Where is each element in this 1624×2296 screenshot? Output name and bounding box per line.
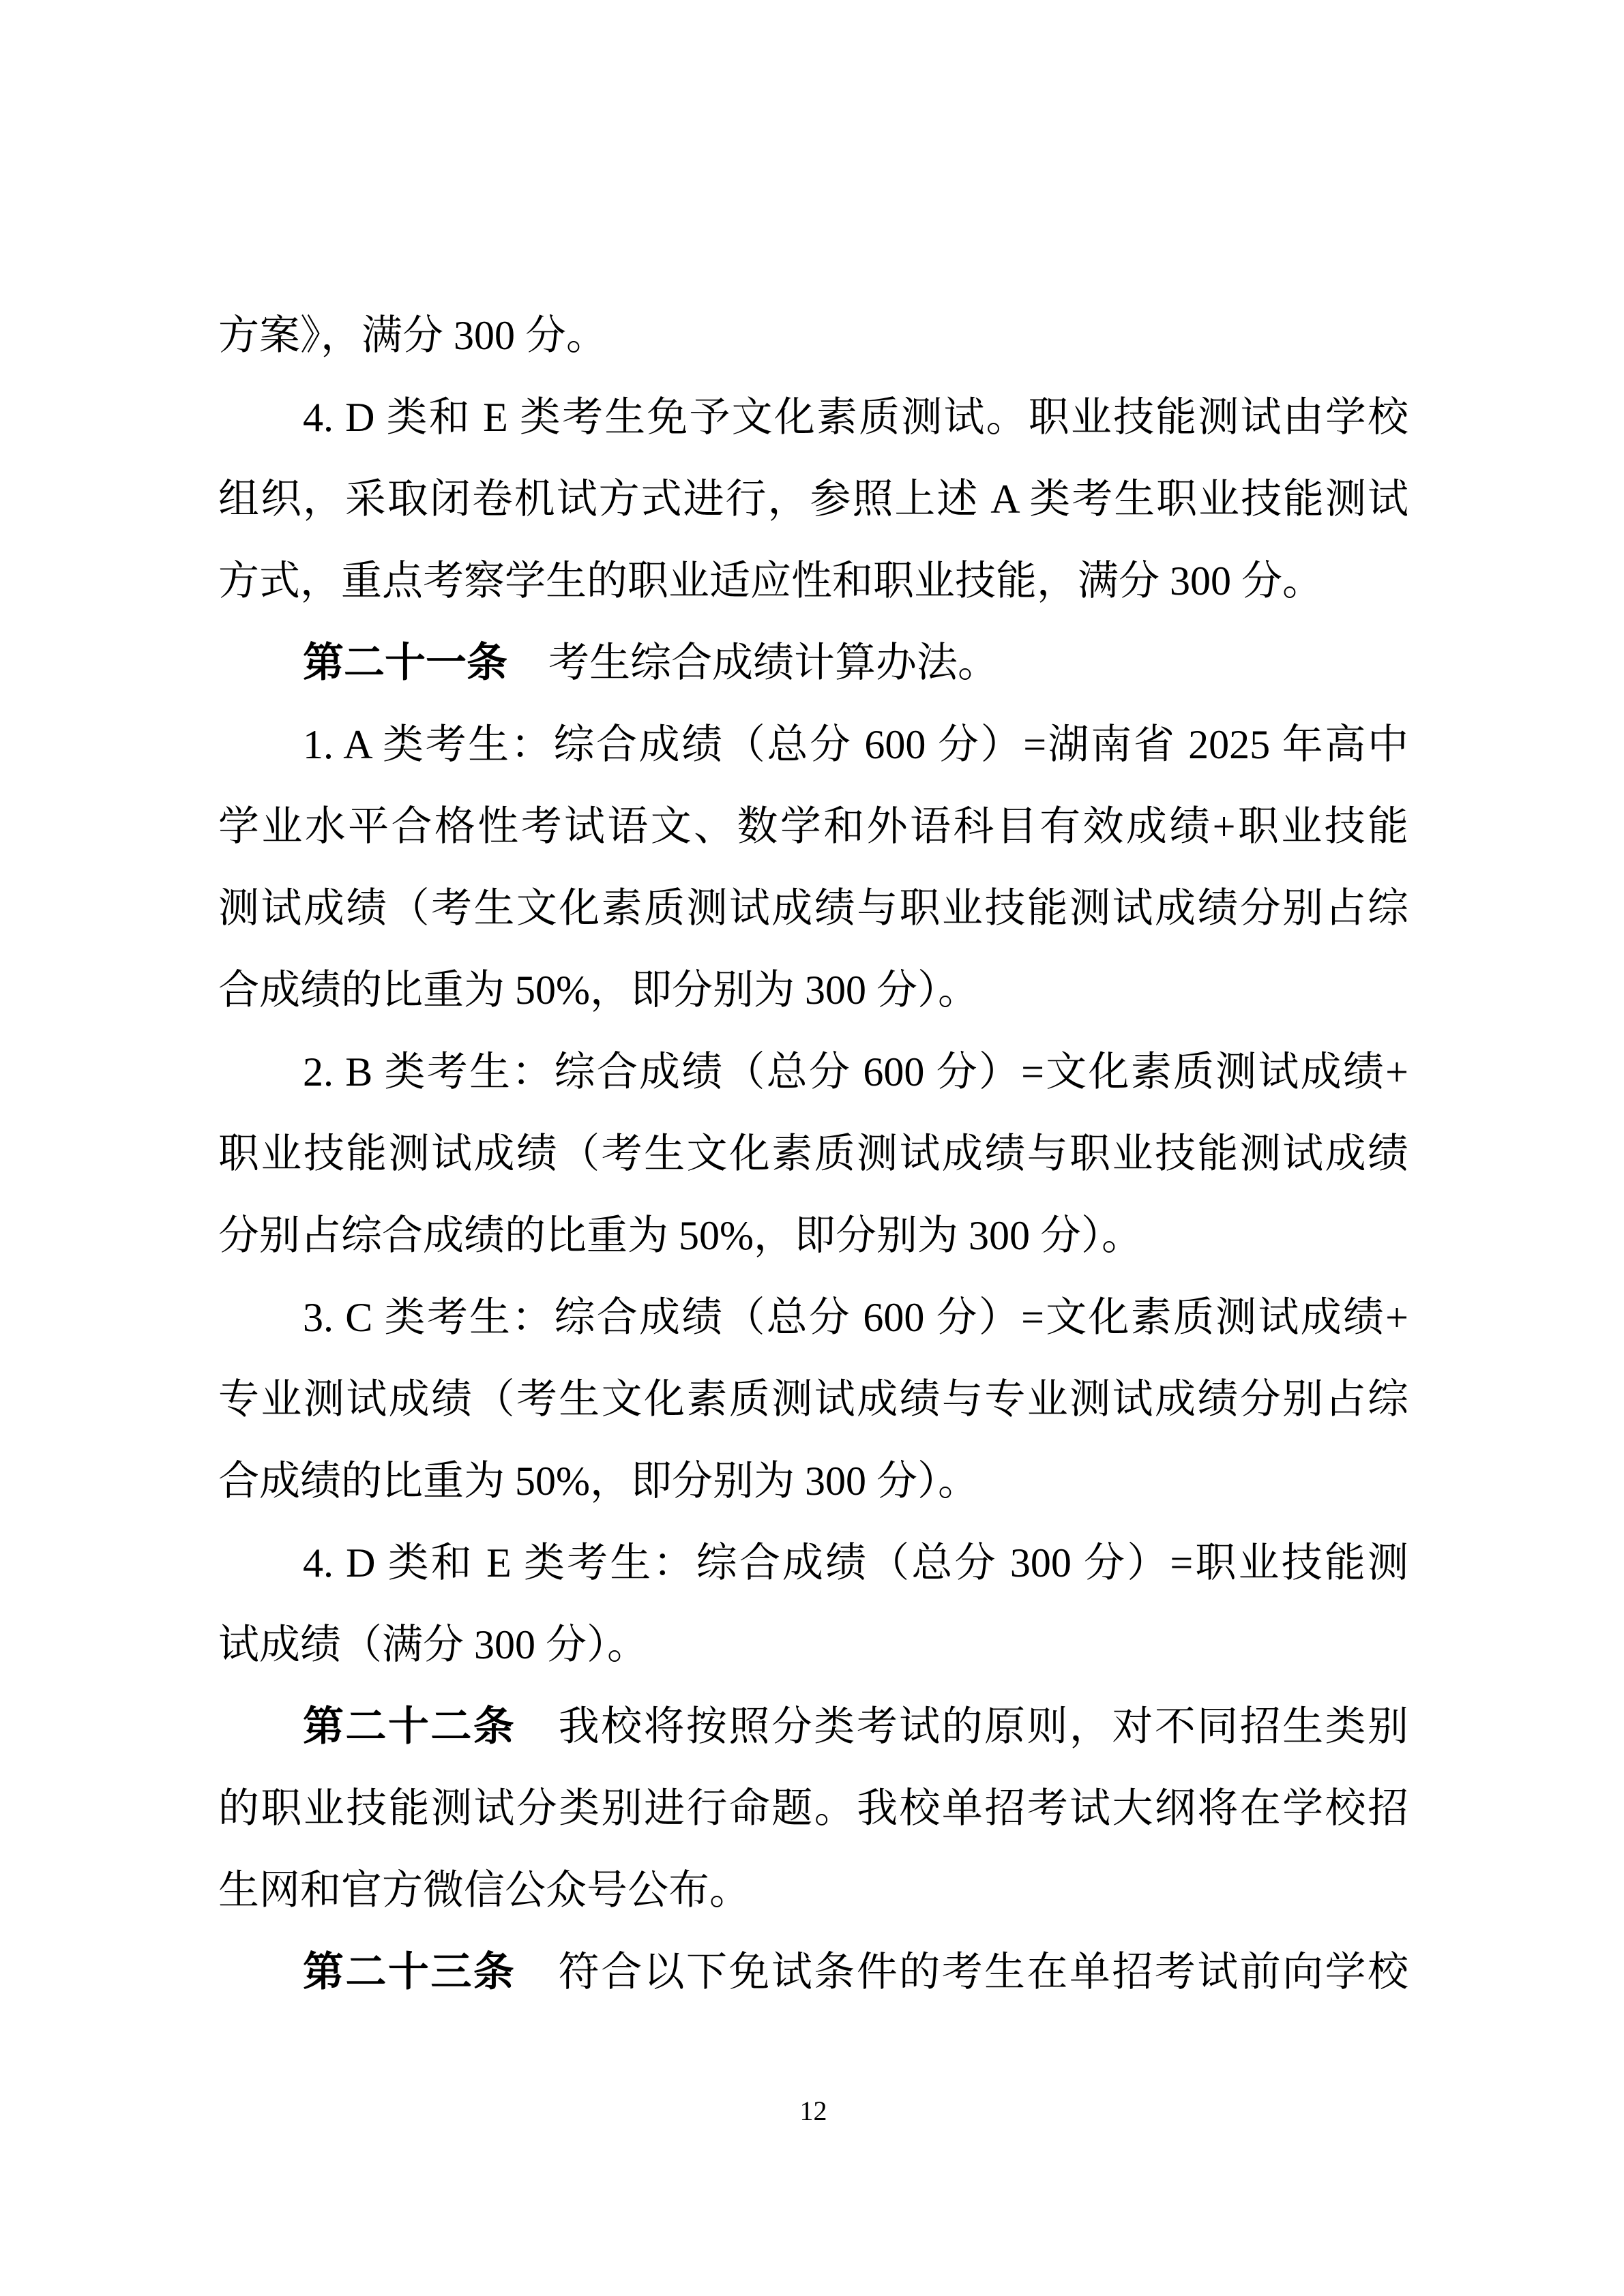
text-segment: 4. D 类和 E 类考生免予文化素质测试。职业技能测试由学校 xyxy=(303,395,1408,440)
text-segment: 方案》，满分 300 分。 xyxy=(218,313,607,358)
text-line: 专业测试成绩（考生文化素质测试成绩与专业测试成绩分别占综 xyxy=(218,1358,1408,1440)
text-line: 测试成绩（考生文化素质测试成绩与职业技能测试成绩分别占综 xyxy=(218,867,1408,949)
text-line: 方式，重点考察学生的职业适应性和职业技能，满分 300 分。 xyxy=(218,540,1408,622)
text-line: 分别占综合成绩的比重为 50%，即分别为 300 分）。 xyxy=(218,1195,1408,1277)
page-number: 12 xyxy=(218,2095,1408,2128)
text-line: 第二十二条 我校将按照分类考试的原则，对不同招生类别 xyxy=(218,1686,1408,1768)
text-segment: 组织，采取闭卷机试方式进行，参照上述 A 类考生职业技能测试 xyxy=(218,477,1408,522)
text-segment: 试成绩（满分 300 分）。 xyxy=(218,1622,648,1667)
text-segment: 符合以下免试条件的考生在单招考试前向学校 xyxy=(516,1950,1408,1995)
text-segment: 方式，重点考察学生的职业适应性和职业技能，满分 300 分。 xyxy=(218,558,1323,603)
text-line: 的职业技能测试分类别进行命题。我校单招考试大纲将在学校招 xyxy=(218,1768,1408,1849)
text-line: 合成绩的比重为 50%，即分别为 300 分）。 xyxy=(218,949,1408,1031)
text-segment: 1. A 类考生：综合成绩（总分 600 分）=湖南省 2025 年高中 xyxy=(303,722,1408,767)
text-segment: 合成绩的比重为 50%，即分别为 300 分）。 xyxy=(218,968,979,1013)
text-line: 合成绩的比重为 50%，即分别为 300 分）。 xyxy=(218,1440,1408,1522)
text-segment: 学业水平合格性考试语文、数学和外语科目有效成绩+职业技能 xyxy=(218,804,1408,849)
article-heading: 第二十一条 xyxy=(303,640,507,685)
text-segment: 3. C 类考生：综合成绩（总分 600 分）=文化素质测试成绩+ xyxy=(303,1295,1408,1340)
text-segment: 测试成绩（考生文化素质测试成绩与职业技能测试成绩分别占综 xyxy=(218,886,1408,931)
text-segment: 生网和官方微信公众号公布。 xyxy=(218,1868,750,1913)
text-block: 方案》，满分 300 分。4. D 类和 E 类考生免予文化素质测试。职业技能测… xyxy=(218,295,1408,2013)
text-segment: 2. B 类考生：综合成绩（总分 600 分）=文化素质测试成绩+ xyxy=(303,1049,1408,1094)
text-line: 第二十一条 考生综合成绩计算办法。 xyxy=(218,622,1408,704)
text-line: 1. A 类考生：综合成绩（总分 600 分）=湖南省 2025 年高中 xyxy=(218,704,1408,786)
text-line: 4. D 类和 E 类考生免予文化素质测试。职业技能测试由学校 xyxy=(218,376,1408,458)
text-segment: 我校将按照分类考试的原则，对不同招生类别 xyxy=(516,1704,1408,1749)
text-segment: 的职业技能测试分类别进行命题。我校单招考试大纲将在学校招 xyxy=(218,1786,1408,1831)
text-segment: 4. D 类和 E 类考生：综合成绩（总分 300 分）=职业技能测 xyxy=(303,1540,1408,1585)
text-line: 2. B 类考生：综合成绩（总分 600 分）=文化素质测试成绩+ xyxy=(218,1031,1408,1113)
text-line: 4. D 类和 E 类考生：综合成绩（总分 300 分）=职业技能测 xyxy=(218,1522,1408,1604)
text-line: 组织，采取闭卷机试方式进行，参照上述 A 类考生职业技能测试 xyxy=(218,458,1408,540)
text-segment: 分别占综合成绩的比重为 50%，即分别为 300 分）。 xyxy=(218,1213,1142,1258)
text-line: 学业水平合格性考试语文、数学和外语科目有效成绩+职业技能 xyxy=(218,786,1408,867)
text-line: 第二十三条 符合以下免试条件的考生在单招考试前向学校 xyxy=(218,1931,1408,2013)
text-line: 试成绩（满分 300 分）。 xyxy=(218,1604,1408,1686)
text-segment: 职业技能测试成绩（考生文化素质测试成绩与职业技能测试成绩 xyxy=(218,1131,1408,1176)
text-line: 生网和官方微信公众号公布。 xyxy=(218,1849,1408,1931)
text-segment: 专业测试成绩（考生文化素质测试成绩与专业测试成绩分别占综 xyxy=(218,1377,1408,1422)
article-heading: 第二十二条 xyxy=(303,1704,516,1749)
text-segment: 考生综合成绩计算办法。 xyxy=(507,640,999,685)
text-segment: 合成绩的比重为 50%，即分别为 300 分）。 xyxy=(218,1459,979,1504)
text-line: 职业技能测试成绩（考生文化素质测试成绩与职业技能测试成绩 xyxy=(218,1113,1408,1195)
text-line: 3. C 类考生：综合成绩（总分 600 分）=文化素质测试成绩+ xyxy=(218,1277,1408,1358)
text-line: 方案》，满分 300 分。 xyxy=(218,295,1408,376)
article-heading: 第二十三条 xyxy=(303,1950,516,1995)
document-page: 方案》，满分 300 分。4. D 类和 E 类考生免予文化素质测试。职业技能测… xyxy=(0,0,1624,2296)
